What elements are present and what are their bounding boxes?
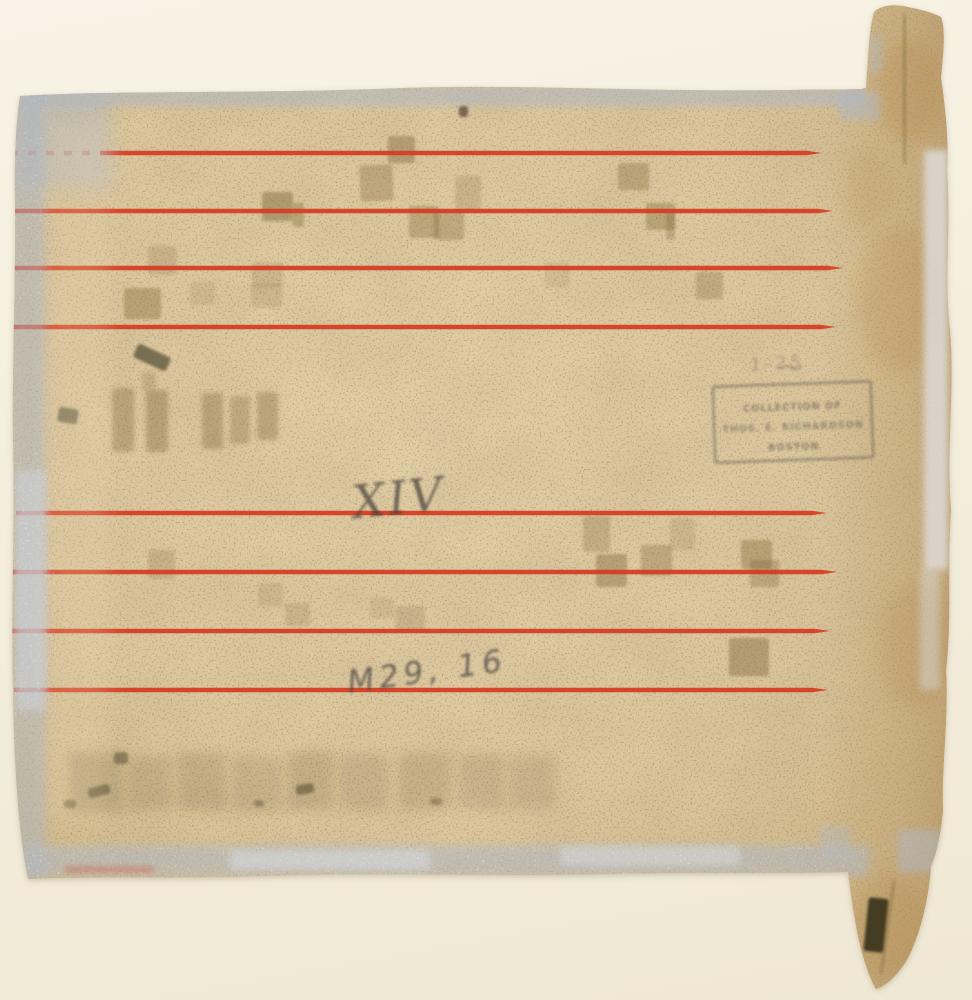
edge-patch	[48, 120, 108, 820]
left-edge-sparkle	[10, 440, 56, 720]
dark-mark	[903, 14, 906, 164]
stamp-line-3: BOSTON	[768, 441, 820, 454]
edge-patch	[924, 150, 948, 570]
bottom-edge-sparkle	[24, 844, 864, 878]
parchment-fragment: XIV M29, 16 1-25 COLLECTION OF THOS. E. …	[0, 0, 972, 1000]
dark-mark	[459, 106, 468, 117]
edge-patch	[838, 92, 880, 120]
edge-patch	[868, 34, 882, 74]
manuscript-fragment-image: XIV M29, 16 1-25 COLLECTION OF THOS. E. …	[0, 0, 972, 1000]
photograph-of-manuscript: XIV M29, 16 1-25 COLLECTION OF THOS. E. …	[0, 0, 972, 1000]
pencil-note-inscription: 1-25	[750, 352, 806, 376]
roman-numeral-inscription: XIV	[347, 466, 450, 530]
edge-patch	[920, 570, 940, 690]
